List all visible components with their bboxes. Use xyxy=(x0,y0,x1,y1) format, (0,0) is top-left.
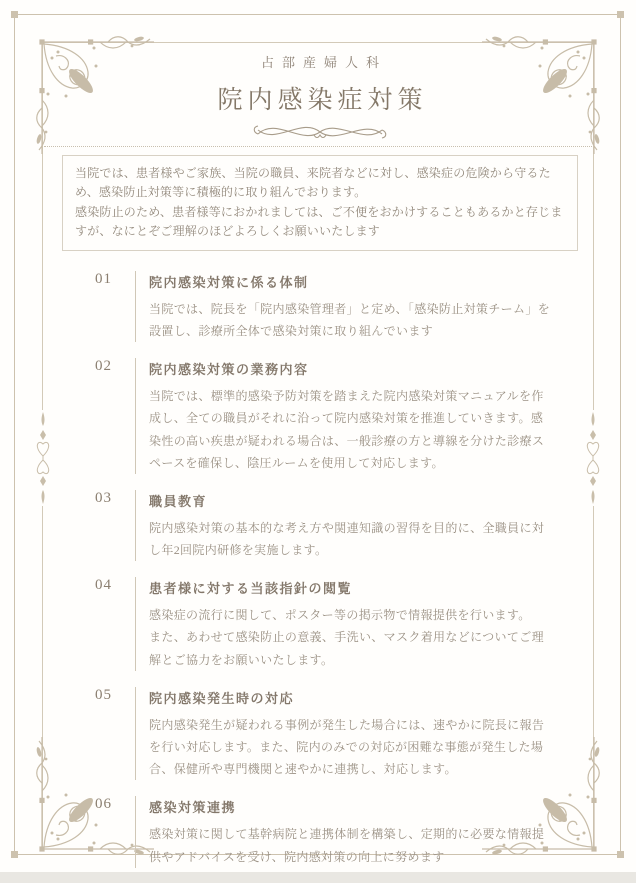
section-content: 院内感染対策の業務内容 当院では、標準的感染予防対策を踏まえた院内感染対策マニュ… xyxy=(149,358,555,474)
section-title: 院内感染発生時の対応 xyxy=(149,688,555,707)
section-body: 院内感染発生が疑われる事例が発生した場合には、速やかに院長に報告を行い対応します… xyxy=(149,714,555,781)
section-item-06: 06 感染対策連携 感染対策に関して基幹病院と連携体制を構築し、定期的に必要な情… xyxy=(95,796,555,867)
document-page: 占部産婦人科 院内感染症対策 当院では、患者様やご家族、当院の職員、来院者などに… xyxy=(0,0,636,883)
section-rule xyxy=(135,490,136,561)
side-ornament-right-icon xyxy=(585,410,601,506)
side-ornament-left-icon xyxy=(35,410,51,506)
section-body: 当院では、院長を「院内感染管理者」と定め、「感染防止対策チーム」を設置し、診療所… xyxy=(149,298,555,342)
section-title: 院内感染対策の業務内容 xyxy=(149,359,555,378)
section-title: 職員教育 xyxy=(149,491,555,510)
section-content: 院内感染発生時の対応 院内感染発生が疑われる事例が発生した場合には、速やかに院長… xyxy=(149,687,555,781)
section-rule xyxy=(135,577,136,671)
section-rule xyxy=(135,271,136,342)
section-number: 04 xyxy=(95,577,135,671)
section-item-05: 05 院内感染発生時の対応 院内感染発生が疑われる事例が発生した場合には、速やか… xyxy=(95,687,555,781)
section-body: 感染対策に関して基幹病院と連携体制を構築し、定期的に必要な情報提供やアドバイスを… xyxy=(149,823,555,867)
corner-cap-icon xyxy=(617,11,624,18)
section-number: 03 xyxy=(95,490,135,561)
section-number: 05 xyxy=(95,687,135,781)
section-item-02: 02 院内感染対策の業務内容 当院では、標準的感染予防対策を踏まえた院内感染対策… xyxy=(95,358,555,474)
section-number: 01 xyxy=(95,271,135,342)
section-body: 感染症の流行に関して、ポスター等の掲示物で情報提供を行います。 また、あわせて感… xyxy=(149,604,555,671)
section-item-04: 04 患者様に対する当該指針の閲覧 感染症の流行に関して、ポスター等の掲示物で情… xyxy=(95,577,555,671)
section-body: 院内感染対策の基本的な考え方や関連知識の習得を目的に、全職員に対し年2回院内研修… xyxy=(149,517,555,561)
section-item-01: 01 院内感染対策に係る体制 当院では、院長を「院内感染管理者」と定め、「感染防… xyxy=(95,271,555,342)
section-content: 院内感染対策に係る体制 当院では、院長を「院内感染管理者」と定め、「感染防止対策… xyxy=(149,271,555,342)
swirl-divider-icon xyxy=(249,121,391,143)
section-item-03: 03 職員教育 院内感染対策の基本的な考え方や関連知識の習得を目的に、全職員に対… xyxy=(95,490,555,561)
section-number: 06 xyxy=(95,796,135,867)
corner-cap-icon xyxy=(617,851,624,858)
section-content: 患者様に対する当該指針の閲覧 感染症の流行に関して、ポスター等の掲示物で情報提供… xyxy=(149,577,555,671)
section-title: 感染対策連携 xyxy=(149,797,555,816)
clinic-name: 占部産婦人科 xyxy=(62,52,578,71)
section-title: 患者様に対する当該指針の閲覧 xyxy=(149,578,555,597)
section-list: 01 院内感染対策に係る体制 当院では、院長を「院内感染管理者」と定め、「感染防… xyxy=(95,271,555,868)
section-rule xyxy=(135,358,136,474)
section-rule xyxy=(135,687,136,781)
page-title: 院内感染症対策 xyxy=(62,80,578,116)
section-title: 院内感染対策に係る体制 xyxy=(149,272,555,291)
section-content: 職員教育 院内感染対策の基本的な考え方や関連知識の習得を目的に、全職員に対し年2… xyxy=(149,490,555,561)
section-number: 02 xyxy=(95,358,135,474)
section-body: 当院では、標準的感染予防対策を踏まえた院内感染対策マニュアルを作成し、全ての職員… xyxy=(149,385,555,474)
corner-cap-icon xyxy=(11,11,18,18)
corner-cap-icon xyxy=(11,851,18,858)
section-content: 感染対策連携 感染対策に関して基幹病院と連携体制を構築し、定期的に必要な情報提供… xyxy=(149,796,555,867)
section-rule xyxy=(135,796,136,867)
content-column: 占部産婦人科 院内感染症対策 当院では、患者様やご家族、当院の職員、来院者などに… xyxy=(62,52,578,883)
intro-box: 当院では、患者様やご家族、当院の職員、来院者などに対し、感染症の危険から守るため… xyxy=(62,155,578,251)
